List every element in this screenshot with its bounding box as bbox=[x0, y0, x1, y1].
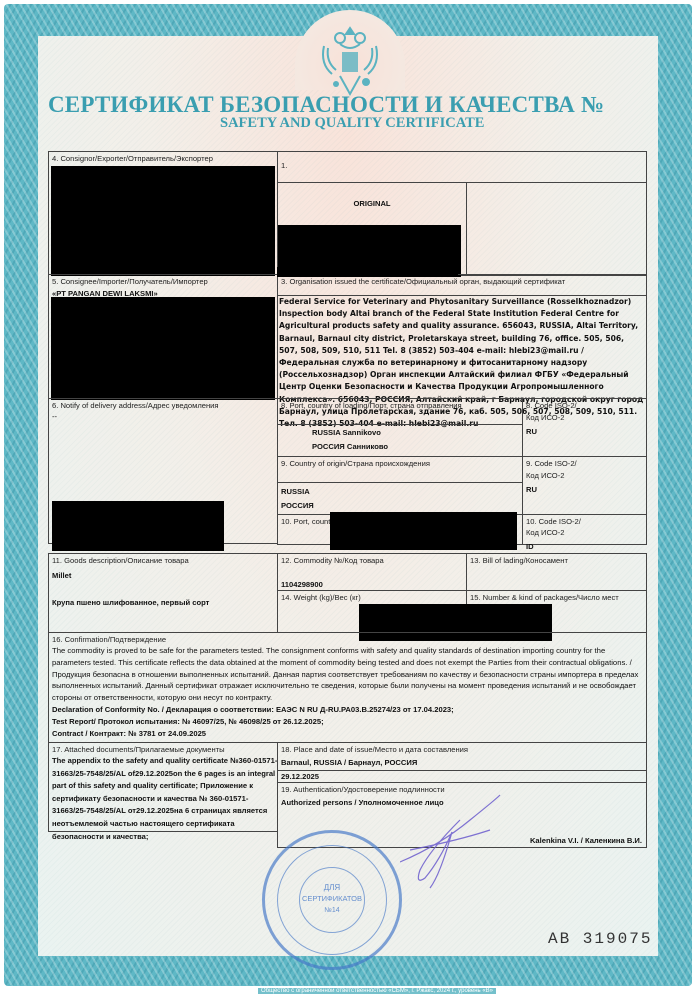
loading-code-label-2: Код ИСО-2 bbox=[526, 413, 564, 422]
consignor-label: 4. Consignor/Exporter/Отправитель/Экспор… bbox=[52, 154, 213, 163]
certificate-form: 4. Consignor/Exporter/Отправитель/Экспор… bbox=[48, 151, 647, 832]
field-1-cell: 1. bbox=[277, 151, 647, 183]
attached-documents-label: 17. Attached documents/Прилагаемые докум… bbox=[52, 745, 225, 754]
issuer-label: 3. Organisation issued the certificate/О… bbox=[281, 277, 565, 286]
loading-label: 8. Port, country of loading/Порт, страна… bbox=[281, 401, 462, 410]
origin-label-cell: 9. Country of origin/Страна происхождени… bbox=[277, 456, 523, 483]
place-of-issue-value: Barnaul, RUSSIA / Барнаул, РОССИЯ bbox=[281, 758, 417, 767]
bill-of-lading-cell: 13. Bill of lading/Коносамент bbox=[466, 553, 647, 591]
redacted-consignor bbox=[51, 166, 275, 276]
destination-code-label-1: 10. Code ISO-2/ bbox=[526, 517, 581, 526]
notify-label: 6. Notify of delivery address/Адрес увед… bbox=[52, 401, 219, 410]
double-headed-eagle-icon bbox=[318, 24, 382, 100]
official-stamp: ДЛЯ СЕРТИФИКАТОВ №14 bbox=[262, 830, 402, 970]
issuer-label-cell: 3. Organisation issued the certificate/О… bbox=[277, 274, 647, 296]
signatory-name: Kalenkina V.I. / Каленкина В.И. bbox=[530, 836, 642, 845]
origin-code-label-1: 9. Code ISO-2/ bbox=[526, 459, 577, 468]
place-of-issue-cell: 18. Place and date of issue/Место и дата… bbox=[277, 742, 647, 771]
consignor-cell: 4. Consignor/Exporter/Отправитель/Экспор… bbox=[48, 151, 278, 275]
serial-number: АВ 319075 bbox=[548, 930, 652, 948]
confirmation-cell: 16. Confirmation/Подтверждение The commo… bbox=[48, 632, 647, 743]
stamp-center-2: СЕРТИФИКАТОВ bbox=[265, 894, 399, 903]
loading-code-value: RU bbox=[526, 427, 537, 436]
attached-documents-cell: 17. Attached documents/Прилагаемые докум… bbox=[48, 742, 278, 832]
declaration-of-conformity: Declaration of Conformity No. / Декларац… bbox=[52, 705, 454, 714]
contract: Contract / Контракт: № 3781 от 24.09.202… bbox=[52, 729, 206, 738]
date-of-issue-value: 29.12.2025 bbox=[281, 772, 319, 781]
confirmation-text: The commodity is proved to be safe for t… bbox=[52, 645, 642, 704]
original-mark: ORIGINAL bbox=[278, 199, 466, 208]
commodity-value: 1104298900 bbox=[281, 580, 323, 589]
original-cell: ORIGINAL bbox=[277, 182, 467, 276]
goods-value-en: Millet bbox=[52, 571, 71, 580]
origin-code-cell: 9. Code ISO-2/ Код ИСО-2 RU bbox=[522, 456, 647, 515]
bill-of-lading-label: 13. Bill of lading/Коносамент bbox=[470, 556, 568, 565]
test-report: Test Report/ Протокол испытания: № 46097… bbox=[52, 717, 324, 726]
blank-cell bbox=[466, 182, 647, 276]
loading-value-cell: RUSSIA Sannikovo РОССИЯ Санниково bbox=[277, 424, 523, 457]
commodity-label: 12. Commodity №/Код товара bbox=[281, 556, 384, 565]
origin-code-value: RU bbox=[526, 485, 537, 494]
origin-value-ru: РОССИЯ bbox=[281, 501, 314, 510]
loading-value-en: RUSSIA Sannikovo bbox=[312, 428, 381, 437]
field-1-label: 1. bbox=[281, 161, 287, 170]
loading-code-label-1: 8. Code ISO-2/ bbox=[526, 401, 577, 410]
loading-value-ru: РОССИЯ Санниково bbox=[312, 442, 388, 451]
goods-value-ru: Крупа пшено шлифованное, первый сорт bbox=[52, 598, 209, 607]
loading-code-cell: 8. Code ISO-2/ Код ИСО-2 RU bbox=[522, 398, 647, 457]
title-en: SAFETY AND QUALITY CERTIFICATE bbox=[220, 115, 484, 132]
origin-code-label-2: Код ИСО-2 bbox=[526, 471, 564, 480]
attached-documents-text: The appendix to the safety and quality c… bbox=[52, 755, 278, 843]
origin-value-cell: RUSSIA РОССИЯ bbox=[277, 482, 523, 515]
redacted-consignee-address bbox=[51, 297, 275, 400]
place-of-issue-label: 18. Place and date of issue/Место и дата… bbox=[281, 745, 468, 754]
confirmation-label: 16. Confirmation/Подтверждение bbox=[52, 635, 166, 644]
redacted-destination bbox=[330, 512, 517, 550]
weight-label: 14. Weight (kg)/Вес (кг) bbox=[281, 593, 361, 602]
redacted-overlap bbox=[277, 267, 458, 277]
goods-cell: 11. Goods description/Описание товара Mi… bbox=[48, 553, 278, 633]
destination-code-value: ID bbox=[526, 542, 534, 551]
notify-value: -- bbox=[52, 412, 57, 421]
origin-value-en: RUSSIA bbox=[281, 487, 310, 496]
packages-label: 15. Number & kind of packages/Число мест bbox=[470, 593, 619, 602]
goods-label: 11. Goods description/Описание товара bbox=[52, 556, 189, 565]
commodity-cell: 12. Commodity №/Код товара 1104298900 bbox=[277, 553, 467, 591]
signature-icon bbox=[400, 790, 510, 910]
printer-footer: Общество с ограниченной ответственностью… bbox=[258, 988, 496, 994]
origin-label: 9. Country of origin/Страна происхождени… bbox=[281, 459, 430, 468]
stamp-center-3: №14 bbox=[265, 907, 399, 914]
consignee-cell: 5. Consignee/Importer/Получатель/Импорте… bbox=[48, 274, 278, 399]
redacted-notify bbox=[52, 501, 224, 551]
destination-code-cell: 10. Code ISO-2/ Код ИСО-2 ID bbox=[522, 514, 647, 545]
loading-label-cell: 8. Port, country of loading/Порт, страна… bbox=[277, 398, 523, 425]
destination-code-label-2: Код ИСО-2 bbox=[526, 528, 564, 537]
consignee-label: 5. Consignee/Importer/Получатель/Импорте… bbox=[52, 277, 208, 286]
stamp-center-1: ДЛЯ bbox=[265, 883, 399, 892]
